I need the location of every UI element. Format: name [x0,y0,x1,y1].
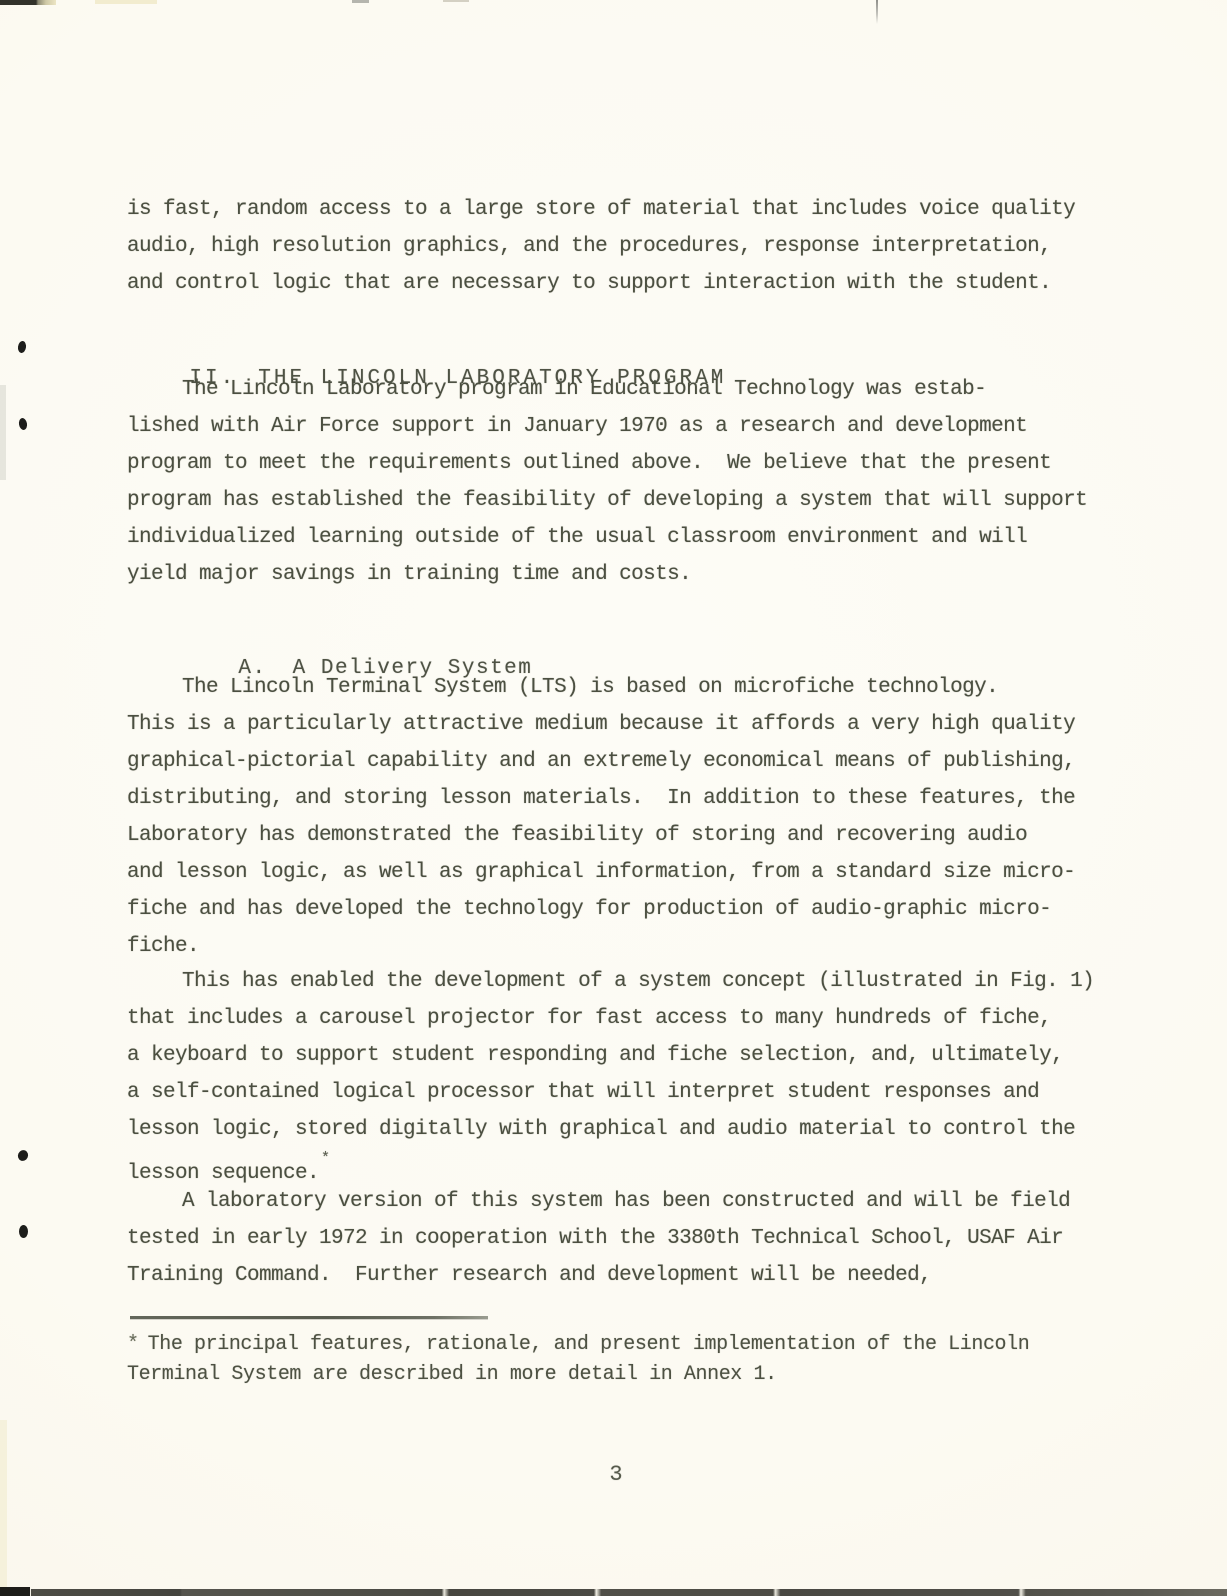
scan-stain-top [95,0,157,4]
text-line: fiche and has developed the technology f… [127,891,1112,928]
footnote-line: *The principal features, rationale, and … [127,1330,1112,1360]
margin-dot [18,417,28,430]
text-line: program has established the feasibility … [127,482,1112,519]
text-line: individualized learning outside of the u… [127,519,1112,556]
text-line: yield major savings in training time and… [127,556,1112,593]
text-line: program to meet the requirements outline… [127,445,1112,482]
text-line: and control logic that are necessary to … [127,265,1112,302]
text-line: A laboratory version of this system has … [127,1183,1112,1220]
scan-edge-mark-top-center [352,0,369,3]
text-line: Laboratory has demonstrated the feasibil… [127,817,1112,854]
footnote-reference-asterisk: * [321,1150,329,1167]
scan-edge-mark-top-center-2 [443,0,469,2]
footnote: *The principal features, rationale, and … [127,1330,1112,1390]
body-paragraph-1: is fast, random access to a large store … [127,191,1112,302]
text-line: is fast, random access to a large store … [127,191,1112,228]
margin-dot [16,1148,30,1162]
text-line: Training Command. Further research and d… [127,1257,1112,1294]
text-line: fiche. [127,928,1112,965]
body-paragraph-3: The Lincoln Terminal System (LTS) is bas… [127,669,1112,965]
scan-smudge-left [0,385,6,480]
text-line: This is a particularly attractive medium… [127,706,1112,743]
scan-edge-strip-bottom-left [0,1587,30,1596]
scan-smudge-left-bottom [0,1420,7,1590]
text-line: distributing, and storing lesson materia… [127,780,1112,817]
text-line: tested in early 1972 in cooperation with… [127,1220,1112,1257]
text-line: lesson logic, stored digitally with grap… [127,1111,1112,1148]
scan-vertical-line-top [876,0,878,24]
scanned-document-page: is fast, random access to a large store … [0,0,1227,1596]
text-line: a keyboard to support student responding… [127,1037,1112,1074]
text-line: The Lincoln Laboratory program in Educat… [127,371,1112,408]
footnote-line: Terminal System are described in more de… [127,1360,1112,1390]
page-number: 3 [596,1462,636,1487]
text-line: a self-contained logical processor that … [127,1074,1112,1111]
text-line: The Lincoln Terminal System (LTS) is bas… [127,669,1112,706]
text-line: that includes a carousel projector for f… [127,1000,1112,1037]
body-paragraph-5: A laboratory version of this system has … [127,1183,1112,1294]
footnote-separator-rule [130,1316,488,1319]
footnote-text: The principal features, rationale, and p… [148,1333,1030,1356]
text-line: audio, high resolution graphics, and the… [127,228,1112,265]
text-line: This has enabled the development of a sy… [127,963,1112,1000]
scan-edge-strip-bottom [0,1589,1227,1596]
margin-dot [17,341,27,354]
text-line: graphical-pictorial capability and an ex… [127,743,1112,780]
text-line: and lesson logic, as well as graphical i… [127,854,1112,891]
body-paragraph-4: This has enabled the development of a sy… [127,963,1112,1192]
margin-dot [19,1225,28,1238]
footnote-marker-asterisk: * [127,1333,139,1356]
scan-edge-mark-top-left [0,0,56,5]
body-paragraph-2: The Lincoln Laboratory program in Educat… [127,371,1112,593]
text-fragment: lesson sequence. [127,1162,319,1185]
text-line: lished with Air Force support in January… [127,408,1112,445]
